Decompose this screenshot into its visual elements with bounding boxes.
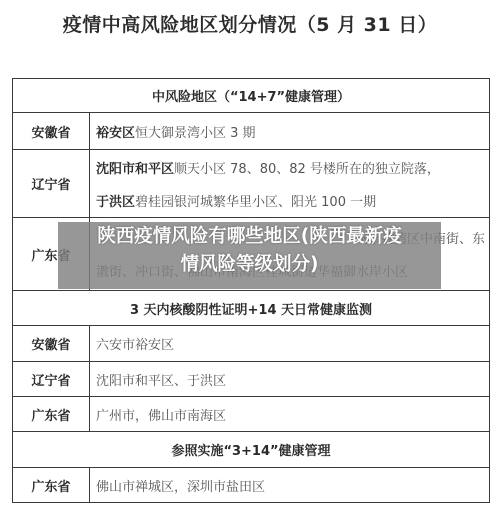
caption-line-1: 陕西疫情风险有哪些地区(陕西最新疫 — [58, 223, 441, 251]
district-name: 于洪区 — [96, 195, 135, 210]
section-header-row: 参照实施“3+14”健康管理 — [13, 432, 490, 468]
areas-cell: 六安市裕安区 — [90, 326, 490, 362]
district-name: 裕安区 — [96, 126, 135, 141]
areas-cell: 广州市，佛山市南海区 — [90, 397, 490, 432]
areas-cell: 沈阳市和平区、于洪区 — [90, 362, 490, 397]
section-header-row: 中风险地区（“14+7”健康管理） — [13, 79, 490, 113]
province-cell: 辽宁省 — [13, 150, 90, 218]
table-row: 安徽省 六安市裕安区 — [13, 326, 490, 362]
area-detail: 恒大御景湾小区 3 期 — [135, 126, 256, 141]
caption-overlay-text: 陕西疫情风险有哪些地区(陕西最新疫 情风险等级划分) — [58, 223, 441, 279]
table-row: 广东省 佛山市禅城区，深圳市盐田区 — [13, 468, 490, 503]
province-cell: 辽宁省 — [13, 362, 90, 397]
section-header-medium-risk: 中风险地区（“14+7”健康管理） — [13, 79, 490, 113]
section-header-3-14: 参照实施“3+14”健康管理 — [13, 432, 490, 468]
area-line: 沈阳市和平区顺天小区 78、80、82 号楼所在的独立院落， — [96, 158, 489, 177]
province-cell: 广东省 — [13, 397, 90, 432]
area-detail: 碧桂园银河城繁华里小区、阳光 100 一期 — [135, 195, 376, 210]
section-header-negative-test: 3 天内核酸阴性证明+14 天日常健康监测 — [13, 291, 490, 326]
areas-cell: 佛山市禅城区，深圳市盐田区 — [90, 468, 490, 503]
table-row: 辽宁省 沈阳市和平区顺天小区 78、80、82 号楼所在的独立院落， 于洪区碧桂… — [13, 150, 490, 218]
area-line: 于洪区碧桂园银河城繁华里小区、阳光 100 一期 — [96, 191, 489, 210]
district-name: 沈阳市和平区 — [96, 162, 174, 177]
areas-cell: 裕安区恒大御景湾小区 3 期 — [90, 113, 490, 150]
document-title: 疫情中高风险地区划分情况（5 月 31 日） — [0, 10, 500, 37]
province-cell: 安徽省 — [13, 113, 90, 150]
table-row: 辽宁省 沈阳市和平区、于洪区 — [13, 362, 490, 397]
caption-line-2: 情风险等级划分) — [58, 251, 441, 279]
province-cell: 广东省 — [13, 468, 90, 503]
section-header-row: 3 天内核酸阴性证明+14 天日常健康监测 — [13, 291, 490, 326]
table-row: 广东省 广州市，佛山市南海区 — [13, 397, 490, 432]
area-line: 裕安区恒大御景湾小区 3 期 — [96, 122, 489, 141]
areas-cell: 沈阳市和平区顺天小区 78、80、82 号楼所在的独立院落， 于洪区碧桂园银河城… — [90, 150, 490, 218]
table-row: 安徽省 裕安区恒大御景湾小区 3 期 — [13, 113, 490, 150]
area-detail: 顺天小区 78、80、82 号楼所在的独立院落， — [174, 162, 440, 177]
province-cell: 安徽省 — [13, 326, 90, 362]
risk-area-table: 中风险地区（“14+7”健康管理） 安徽省 裕安区恒大御景湾小区 3 期 辽宁省… — [12, 78, 490, 503]
